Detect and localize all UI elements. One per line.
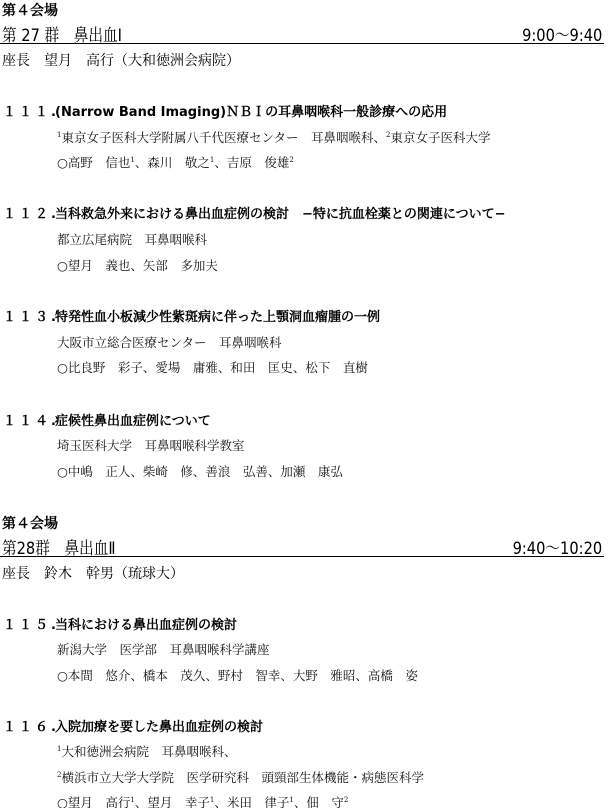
affiliation-line: 埼玉医科大学 耳鼻咽喉科学教室 (57, 436, 245, 454)
session-time: 9:40〜10:20 (512, 534, 602, 559)
affiliation-superscript: 1 (130, 156, 134, 164)
presentation-title: １１６.入院加療を要した鼻出血症例の検討 (3, 716, 263, 735)
affiliation-line: 都立広尾病院 耳鼻咽喉科 (57, 230, 207, 248)
session-chair: 座長 望月 高行（大和徳洲会病院） (2, 50, 240, 70)
affiliation-superscript: 2 (289, 156, 293, 164)
session-heading: 第 27 群 鼻出血Ⅰ 9:00〜9:40 (0, 21, 604, 44)
presentation-title-text: (Narrow Band Imaging)ＮＢＩの耳鼻咽喉科一般診療への応用 (55, 105, 447, 120)
authors-line: ○望月 高行1、望月 幸子1、米田 律子1、佃 守2 (57, 793, 348, 808)
affiliation-superscript: 2 (57, 771, 61, 779)
authors-line: ○中嶋 正人、柴崎 修、善浪 弘善、加瀬 康弘 (57, 462, 343, 480)
venue-label: 第４会場 (2, 513, 58, 533)
presentation-number: １１２. (3, 203, 55, 222)
session-title: 第28群 鼻出血Ⅱ (2, 534, 116, 559)
presentation-title: １１３.特発性血小板減少性紫斑病に伴った上顎洞血瘤腫の一例 (3, 306, 380, 325)
session-heading: 第28群 鼻出血Ⅱ 9:40〜10:20 (0, 534, 604, 557)
authors-line: ○比良野 彩子、愛場 庸雅、和田 匡史、松下 直樹 (57, 358, 368, 376)
session-title: 第 27 群 鼻出血Ⅰ (2, 21, 122, 46)
presentation-title-text: 当科における鼻出血症例の検討 (55, 618, 237, 633)
venue-label: 第４会場 (2, 0, 58, 20)
affiliation-line: 大阪市立総合医療センター 耳鼻咽喉科 (57, 333, 282, 351)
presentation-number: １１１. (3, 101, 55, 120)
affiliation-line: 2横浜市立大学大学院 医学研究科 頭頸部生体機能・病態医科学 (57, 768, 424, 786)
affiliation-superscript: 1 (57, 745, 61, 753)
affiliation-line: 新潟大学 医学部 耳鼻咽喉科学講座 (57, 640, 270, 658)
authors-line: ○望月 義也、矢部 多加夫 (57, 256, 218, 274)
authors-line: ○本間 悠介、橋本 茂久、野村 智幸、大野 雅昭、高橋 姿 (57, 666, 418, 684)
affiliation-line: 1大和徳洲会病院 耳鼻咽喉科、 (57, 742, 236, 760)
session-chair: 座長 鈴木 幹男（琉球大） (2, 563, 184, 583)
presentation-title: １１１.(Narrow Band Imaging)ＮＢＩの耳鼻咽喉科一般診療への… (3, 101, 447, 120)
affiliation-superscript: 1 (130, 796, 134, 804)
affiliation-superscript: 2 (386, 131, 390, 139)
affiliation-superscript: 2 (344, 796, 348, 804)
affiliation-superscript: 1 (210, 796, 214, 804)
affiliation-superscript: 1 (210, 156, 214, 164)
presentation-number: １１４. (3, 410, 55, 429)
presentation-title-text: 当科救急外来における鼻出血症例の検討 −特に抗血栓薬との関連について− (55, 207, 506, 222)
session-time: 9:00〜9:40 (522, 21, 602, 46)
presentation-title: １１２.当科救急外来における鼻出血症例の検討 −特に抗血栓薬との関連について− (3, 203, 506, 222)
presentation-number: １１５. (3, 614, 55, 633)
presentation-title-text: 特発性血小板減少性紫斑病に伴った上顎洞血瘤腫の一例 (55, 310, 380, 325)
affiliation-line: 1東京女子医科大学附属八千代医療センター 耳鼻咽喉科、2東京女子医科大学 (57, 128, 490, 146)
affiliation-superscript: 1 (289, 796, 293, 804)
presentation-title: １１５.当科における鼻出血症例の検討 (3, 614, 237, 633)
authors-line: ○高野 信也1、森川 敬之1、吉原 俊雄2 (57, 153, 294, 171)
presentation-title-text: 入院加療を要した鼻出血症例の検討 (55, 720, 263, 735)
presentation-number: １１３. (3, 306, 55, 325)
presentation-number: １１６. (3, 716, 55, 735)
presentation-title: １１４.症候性鼻出血症例について (3, 410, 211, 429)
presentation-title-text: 症候性鼻出血症例について (55, 414, 211, 429)
affiliation-superscript: 1 (57, 131, 61, 139)
